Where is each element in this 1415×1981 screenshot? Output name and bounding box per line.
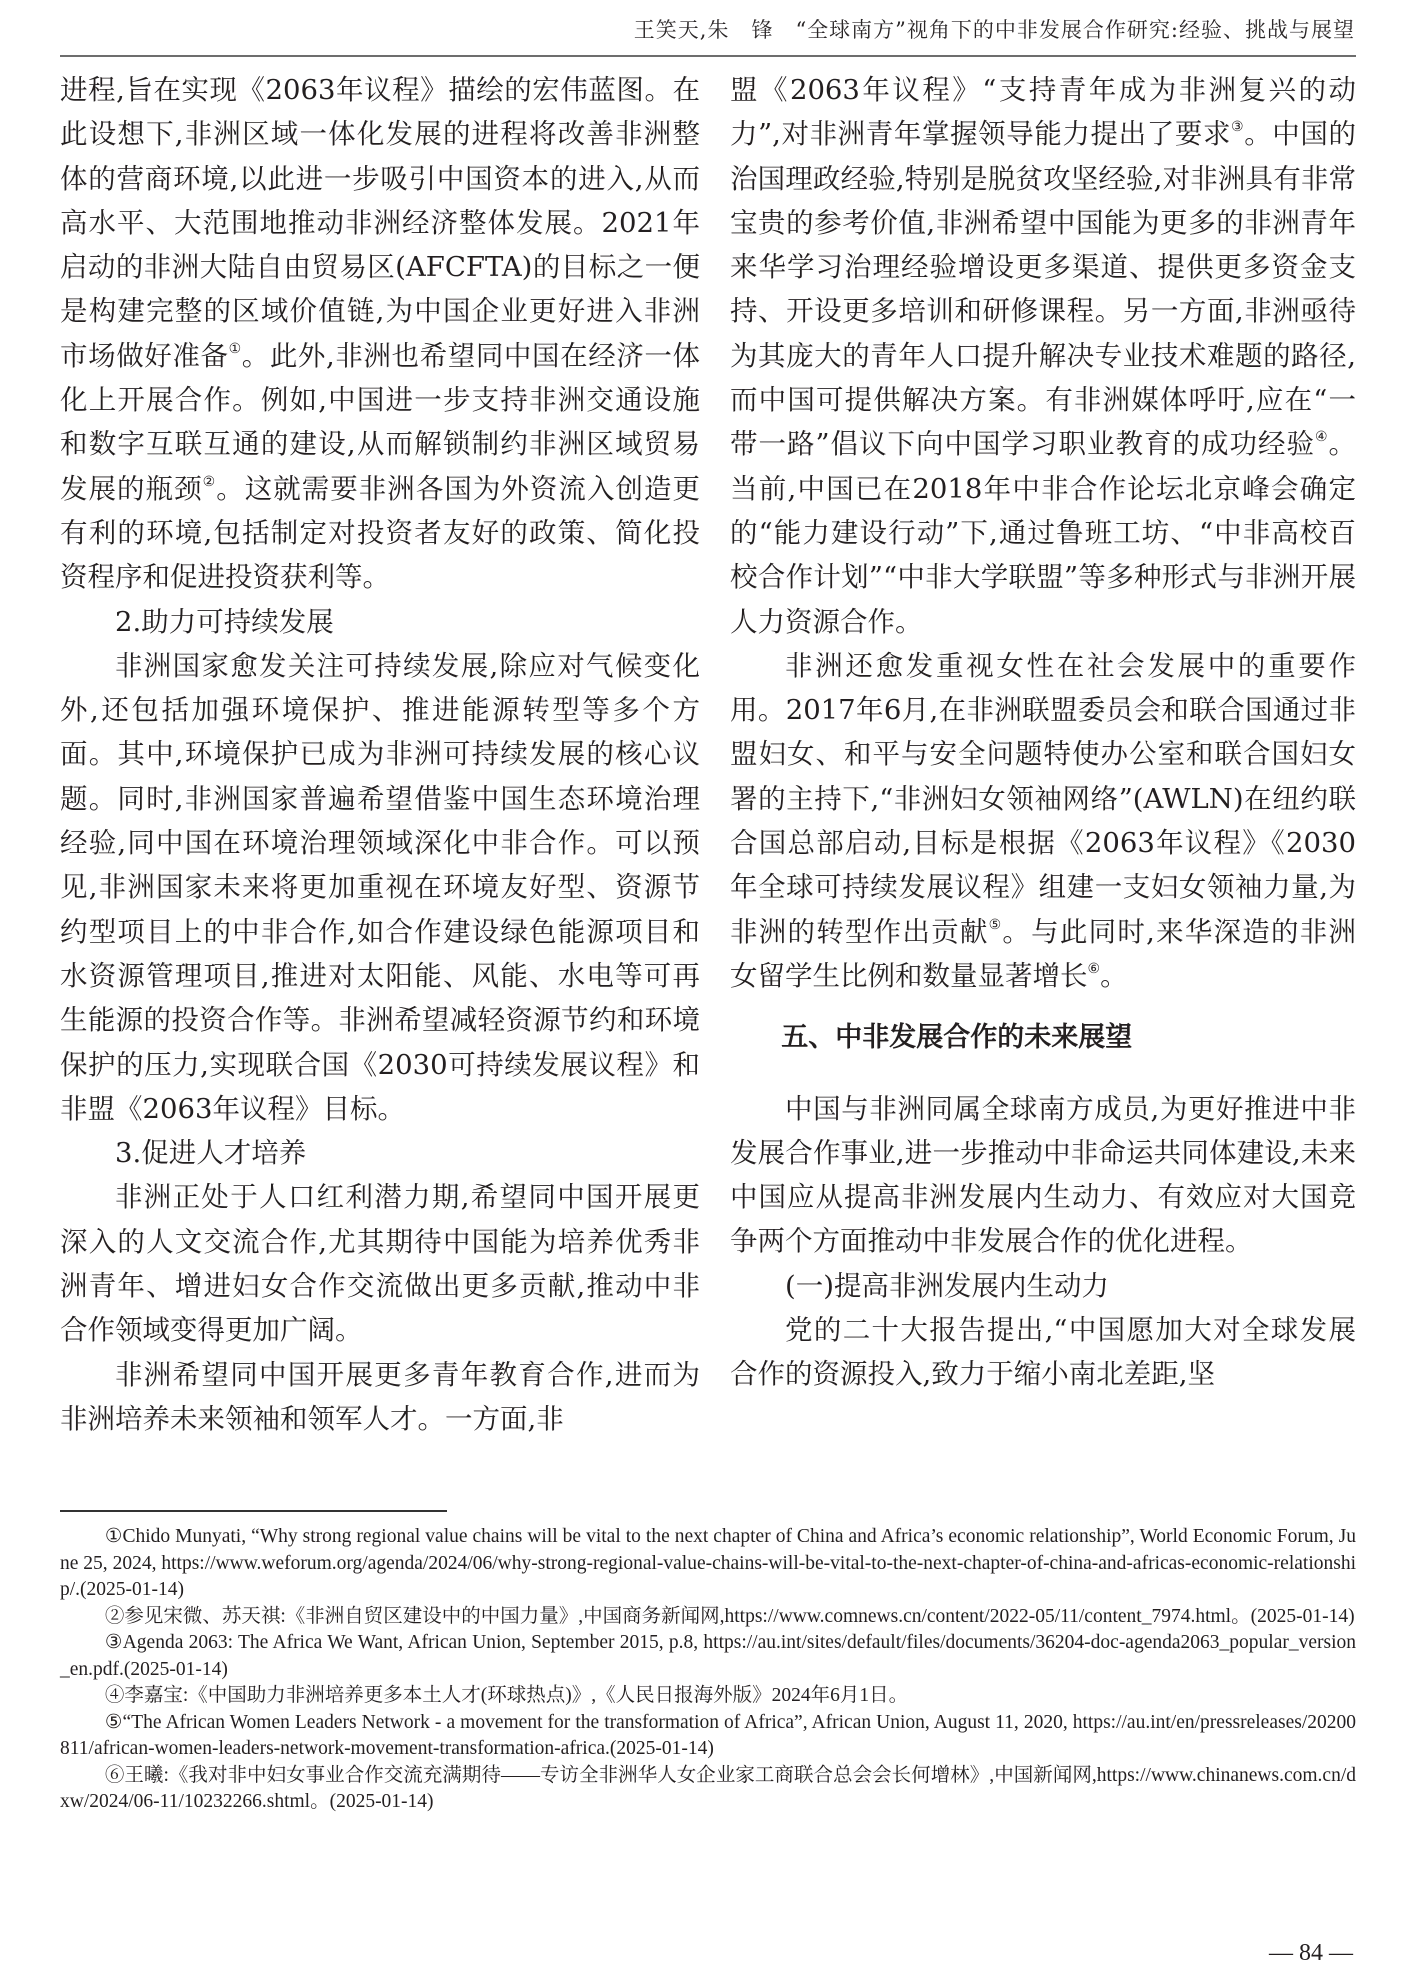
footnote-ref[interactable]: ④ bbox=[1315, 429, 1329, 445]
left-column: 进程,旨在实现《2063年议程》描绘的宏伟蓝图。在此设想下,非洲区域一体化发展的… bbox=[60, 68, 700, 1441]
paragraph: 盟《2063年议程》“支持青年成为非洲复兴的动力”,对非洲青年掌握领导能力提出了… bbox=[730, 68, 1356, 644]
footnote-4: ④李嘉宝:《中国助力非洲培养更多本土人才(环球热点)》,《人民日报海外版》202… bbox=[60, 1683, 1356, 1710]
footnote-ref[interactable]: ① bbox=[229, 341, 242, 357]
paragraph: 中国与非洲同属全球南方成员,为更好推进中非发展合作事业,进一步推动中非命运共同体… bbox=[730, 1087, 1356, 1264]
footnote-separator bbox=[60, 1510, 447, 1512]
subheading: 2.助力可持续发展 bbox=[60, 600, 700, 644]
subheading: (一)提高非洲发展内生动力 bbox=[730, 1264, 1356, 1308]
text: 。中国的治国理政经验,特别是脱贫攻坚经验,对非洲具有非常宝贵的参考价值,非洲希望… bbox=[730, 118, 1356, 460]
paragraph: 非洲国家愈发关注可持续发展,除应对气候变化外,还包括加强环境保护、推进能源转型等… bbox=[60, 644, 700, 1131]
header-rule bbox=[60, 55, 1356, 57]
section-heading: 五、中非发展合作的未来展望 bbox=[730, 1016, 1356, 1060]
footnote-5: ⑤“The African Women Leaders Network - a … bbox=[60, 1710, 1356, 1763]
text: 非洲还愈发重视女性在社会发展中的重要作用。2017年6月,在非洲联盟委员会和联合… bbox=[730, 650, 1356, 948]
footnote-ref[interactable]: ⑤ bbox=[989, 917, 1003, 933]
right-column: 盟《2063年议程》“支持青年成为非洲复兴的动力”,对非洲青年掌握领导能力提出了… bbox=[730, 68, 1356, 1397]
footnote-1: ①Chido Munyati, “Why strong regional val… bbox=[60, 1524, 1356, 1604]
paragraph: 进程,旨在实现《2063年议程》描绘的宏伟蓝图。在此设想下,非洲区域一体化发展的… bbox=[60, 68, 700, 600]
footnote-3: ③Agenda 2063: The Africa We Want, Africa… bbox=[60, 1630, 1356, 1683]
footnote-ref[interactable]: ⑥ bbox=[1088, 961, 1101, 977]
paragraph: 非洲希望同中国开展更多青年教育合作,进而为非洲培养未来领袖和领军人才。一方面,非 bbox=[60, 1353, 700, 1442]
footnote-2: ②参见宋微、苏天祺:《非洲自贸区建设中的中国力量》,中国商务新闻网,https:… bbox=[60, 1604, 1356, 1631]
paragraph: 党的二十大报告提出,“中国愿加大对全球发展合作的资源投入,致力于缩小南北差距,坚 bbox=[730, 1308, 1356, 1397]
text: 进程,旨在实现《2063年议程》描绘的宏伟蓝图。在此设想下,非洲区域一体化发展的… bbox=[60, 74, 700, 372]
footnote-ref[interactable]: ② bbox=[203, 474, 217, 490]
paragraph: 非洲正处于人口红利潜力期,希望同中国开展更深入的人文交流合作,尤其期待中国能为培… bbox=[60, 1175, 700, 1352]
running-head: 王笑天,朱 锋 “全球南方”视角下的中非发展合作研究:经验、挑战与展望 bbox=[634, 14, 1355, 44]
footnotes: ①Chido Munyati, “Why strong regional val… bbox=[60, 1524, 1356, 1816]
footnote-6: ⑥王曦:《我对非中妇女事业合作交流充满期待——专访全非洲华人女企业家工商联合总会… bbox=[60, 1763, 1356, 1816]
text: 。 bbox=[1100, 960, 1128, 992]
footnote-ref[interactable]: ③ bbox=[1231, 119, 1244, 135]
paragraph: 非洲还愈发重视女性在社会发展中的重要作用。2017年6月,在非洲联盟委员会和联合… bbox=[730, 644, 1356, 998]
subheading: 3.促进人才培养 bbox=[60, 1131, 700, 1175]
page-number: — 84 — bbox=[1269, 1940, 1353, 1967]
